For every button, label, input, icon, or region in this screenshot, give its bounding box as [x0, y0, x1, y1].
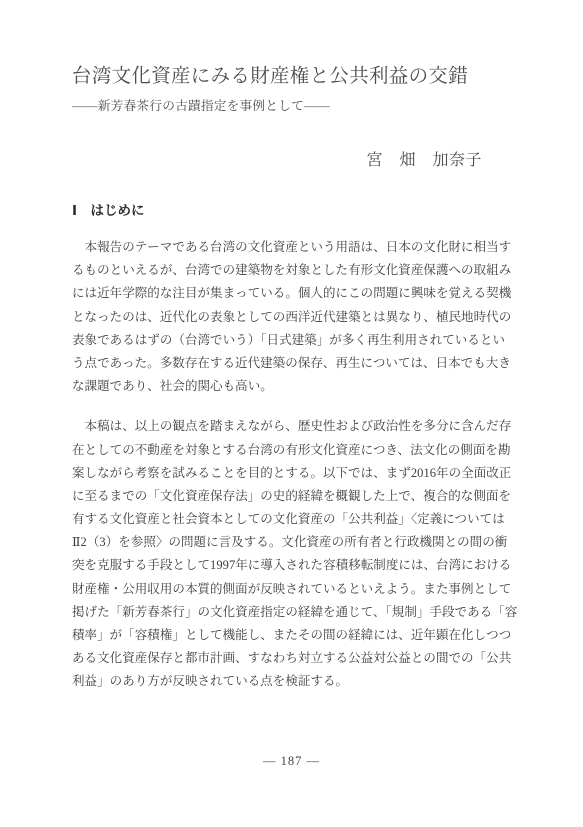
- body-line: 掲げた「新芳春茶行」の文化資産指定の経緯を通じて、「規制」手段である「容: [72, 601, 514, 624]
- body-line: な課題であり、社会的関心も高い。: [72, 375, 514, 398]
- body-line: 積率」が「容積権」として機能し、またその間の経緯には、近年顕在化しつつ: [72, 624, 514, 647]
- body-line: 突を克服する手段として1997年に導入された容積移転制度には、台湾における: [72, 554, 514, 577]
- body-line: 案しながら考察を試みることを目的とする。以下では、まず2016年の全面改正: [72, 462, 514, 485]
- paper-title: 台湾文化資産にみる財産権と公共利益の交錯: [72, 60, 468, 88]
- paper-subtitle: ——新芳春茶行の古蹟指定を事例として——: [72, 95, 330, 114]
- body-line: には近年学際的な注目が集まっている。個人的にこの問題に興味を覚える契機: [72, 282, 514, 305]
- body-line: 本報告のテーマである台湾の文化資産という用語は、日本の文化財に相当す: [72, 236, 514, 259]
- paragraph-1: 本報告のテーマである台湾の文化資産という用語は、日本の文化財に相当す るものとい…: [72, 236, 514, 398]
- document-page: 台湾文化資産にみる財産権と公共利益の交錯 ——新芳春茶行の古蹟指定を事例として—…: [0, 0, 583, 827]
- page-number: — 187 —: [0, 754, 583, 769]
- section-heading: Ⅰ はじめに: [72, 199, 145, 219]
- body-line: 在としての不動産を対象とする台湾の有形文化資産につき、法文化の側面を勘: [72, 439, 514, 462]
- body-line: 利益」のあり方が反映されている点を検証する。: [72, 670, 514, 693]
- author-name: 宮 畑 加奈子: [72, 147, 482, 170]
- body-line: 有する文化資産と社会資本としての文化資産の「公共利益」〈定義については: [72, 508, 514, 531]
- paragraph-2: 本稿は、以上の観点を踏まえながら、歴史性および政治性を多分に含んだ存 在としての…: [72, 415, 514, 693]
- body-line: う点であった。多数存在する近代建築の保存、再生については、日本でも大き: [72, 352, 514, 375]
- body-line: 財産権・公用収用の本質的側面が反映されているといえよう。また事例として: [72, 578, 514, 601]
- body-line: 表象であるはずの（台湾でいう）「日式建築」が多く再生利用されているとい: [72, 329, 514, 352]
- body-line: るものといえるが、台湾での建築物を対象とした有形文化資産保護への取組み: [72, 259, 514, 282]
- body-line: Ⅱ2（3）を参照〉の問題に言及する。文化資産の所有者と行政機関との間の衝: [72, 531, 514, 554]
- body-line: に至るまでの「文化資産保存法」の史的経緯を概観した上で、複合的な側面を: [72, 485, 514, 508]
- body-text: 本報告のテーマである台湾の文化資産という用語は、日本の文化財に相当す るものとい…: [72, 236, 514, 694]
- body-line: ある文化資産保存と都市計画、すなわち対立する公益対公益との間での「公共: [72, 647, 514, 670]
- body-line: 本稿は、以上の観点を踏まえながら、歴史性および政治性を多分に含んだ存: [72, 415, 514, 438]
- body-line: となったのは、近代化の表象としての西洋近代建築とは異なり、植民地時代の: [72, 306, 514, 329]
